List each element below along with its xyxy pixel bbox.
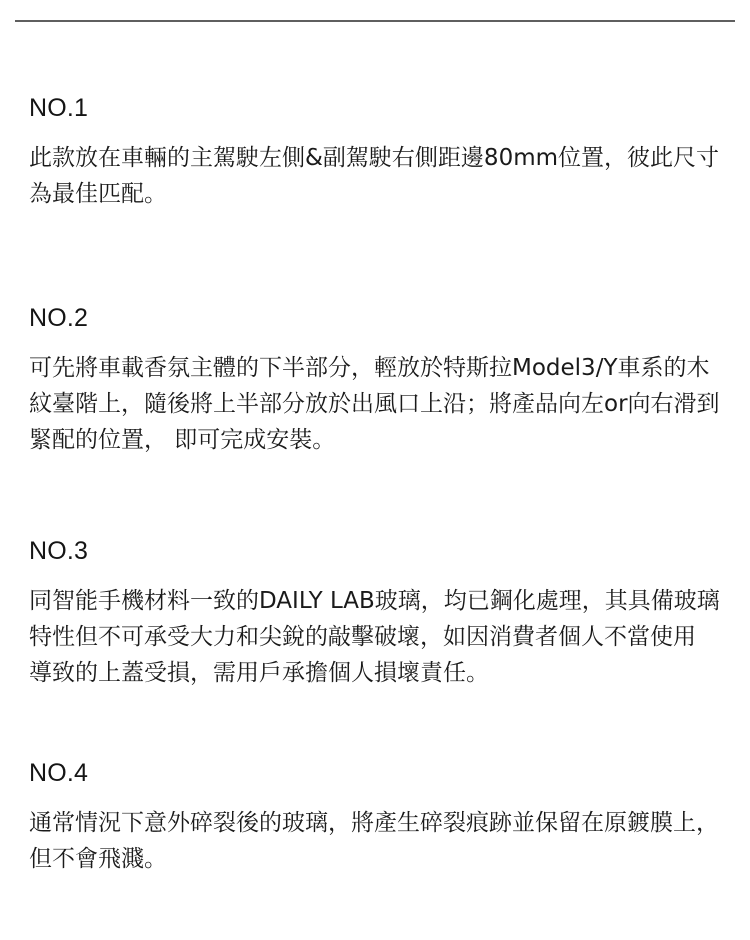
body-line: 特性但不可承受大力和尖銳的敲擊破壞，如因消費者個人不當使用	[29, 619, 739, 655]
top-divider	[15, 20, 735, 22]
body-line: 通常情況下意外碎裂後的玻璃，將產生碎裂痕跡並保留在原鍍膜上，	[29, 805, 739, 841]
section-body: 通常情況下意外碎裂後的玻璃，將產生碎裂痕跡並保留在原鍍膜上， 但不會飛濺。	[29, 805, 739, 877]
section-no-2: NO.2 可先將車載香氛主體的下半部分，輕放於特斯拉Model3/Y車系的木 紋…	[29, 303, 739, 458]
section-title: NO.4	[29, 758, 739, 788]
section-title: NO.1	[29, 93, 739, 123]
body-line: 緊配的位置， 即可完成安裝。	[29, 422, 739, 458]
body-line: 為最佳匹配。	[29, 176, 739, 212]
body-line: 可先將車載香氛主體的下半部分，輕放於特斯拉Model3/Y車系的木	[29, 350, 739, 386]
section-body: 同智能手機材料一致的DAILY LAB玻璃，均已鋼化處理，其具備玻璃 特性但不可…	[29, 583, 739, 691]
body-line: 同智能手機材料一致的DAILY LAB玻璃，均已鋼化處理，其具備玻璃	[29, 583, 739, 619]
body-line: 此款放在車輛的主駕駛左側&副駕駛右側距邊80mm位置，彼此尺寸	[29, 140, 739, 176]
section-no-3: NO.3 同智能手機材料一致的DAILY LAB玻璃，均已鋼化處理，其具備玻璃 …	[29, 536, 739, 691]
section-body: 此款放在車輛的主駕駛左側&副駕駛右側距邊80mm位置，彼此尺寸 為最佳匹配。	[29, 140, 739, 212]
section-no-1: NO.1 此款放在車輛的主駕駛左側&副駕駛右側距邊80mm位置，彼此尺寸 為最佳…	[29, 93, 739, 212]
section-no-4: NO.4 通常情況下意外碎裂後的玻璃，將產生碎裂痕跡並保留在原鍍膜上， 但不會飛…	[29, 758, 739, 877]
body-line: 紋臺階上，隨後將上半部分放於出風口上沿；將產品向左or向右滑到	[29, 386, 739, 422]
section-title: NO.2	[29, 303, 739, 333]
body-line: 導致的上蓋受損，需用戶承擔個人損壞責任。	[29, 655, 739, 691]
section-body: 可先將車載香氛主體的下半部分，輕放於特斯拉Model3/Y車系的木 紋臺階上，隨…	[29, 350, 739, 458]
section-title: NO.3	[29, 536, 739, 566]
body-line: 但不會飛濺。	[29, 841, 739, 877]
